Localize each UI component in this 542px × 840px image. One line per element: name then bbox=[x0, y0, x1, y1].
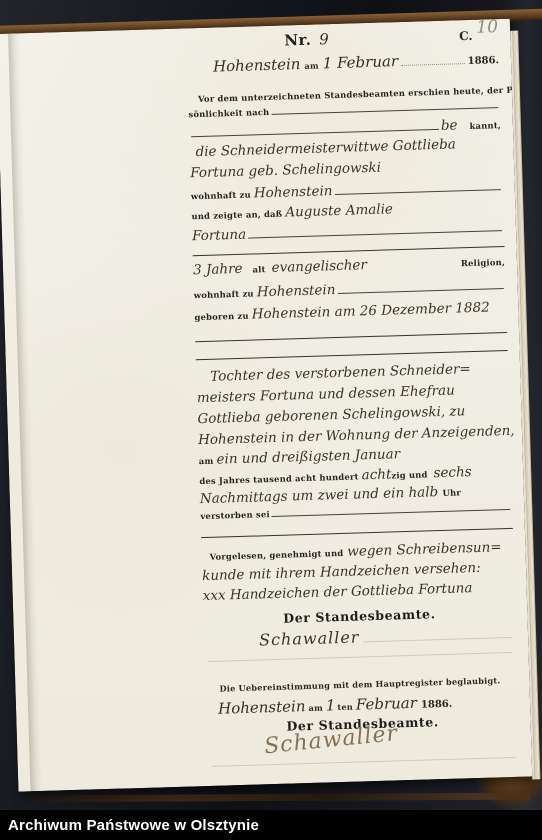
form-fill bbox=[204, 645, 259, 647]
page-gutter-crease bbox=[8, 33, 42, 791]
form-text: 1886. bbox=[468, 55, 500, 68]
archive-watermark-bar: Archiwum Państwowe w Olsztynie bbox=[0, 810, 542, 840]
form-text: alt bbox=[252, 264, 265, 275]
signature-schawaller: Schawaller bbox=[259, 627, 360, 649]
form-text: Fortuna geb. Schelingowski bbox=[190, 160, 381, 182]
form-fill bbox=[367, 266, 461, 269]
separator-rule-2 bbox=[195, 331, 507, 342]
form-text: am bbox=[308, 703, 323, 714]
form-text: Hohenstein am 26 Dezember 1882 bbox=[252, 299, 490, 322]
form-text: 1 bbox=[326, 696, 336, 714]
deceased-name-line: Fortuna bbox=[192, 219, 504, 244]
form-text: Religion, bbox=[461, 257, 505, 269]
form-fill bbox=[329, 40, 459, 44]
form-text: geboren zu bbox=[194, 311, 252, 323]
form-fill bbox=[191, 128, 439, 137]
form-text: Gottlieba geborenen Schelingowski, zu bbox=[197, 403, 465, 427]
form-text: zig und bbox=[391, 469, 427, 481]
form-fill bbox=[272, 508, 511, 517]
form-text: Uhr bbox=[442, 487, 461, 498]
place-date-line: Hohensteinam1 Februar1886. bbox=[187, 49, 499, 76]
form-text: 1886. bbox=[421, 699, 453, 712]
form-fill bbox=[209, 651, 513, 662]
form-text: am bbox=[304, 60, 319, 71]
form-text: ten bbox=[337, 702, 353, 713]
form-text: Fortuna bbox=[192, 227, 247, 245]
form-fill bbox=[248, 229, 502, 239]
form-fill bbox=[401, 62, 465, 66]
register-page: Nr.9C.10Hohensteinam1 Februar1886.Vor de… bbox=[0, 19, 532, 792]
form-text: meisters Fortuna und dessen Ehefrau bbox=[197, 383, 455, 407]
registrar-signature-1: Schawaller bbox=[204, 623, 516, 651]
form-text: Tochter des verstorbenen Schneider= bbox=[210, 361, 471, 385]
book-cover-bottom-edge bbox=[30, 793, 530, 803]
form-text: Nachmittags um zwei und ein halb bbox=[200, 484, 443, 507]
form-text: Die Uebereinstimmung mit dem Hauptregist… bbox=[219, 675, 500, 694]
separator-rule-3 bbox=[196, 349, 508, 360]
form-text: Hohenstein bbox=[213, 55, 301, 76]
faint-rule-1 bbox=[205, 651, 517, 662]
form-text: ein und dreißigsten Januar bbox=[216, 446, 400, 468]
form-text: am bbox=[199, 456, 217, 467]
form-text: Auguste Amalie bbox=[285, 201, 393, 220]
form-text: des Jahres tausend acht hundert bbox=[199, 471, 362, 486]
form-lines: Nr.9C.10Hohensteinam1 Februar1886.Vor de… bbox=[186, 19, 520, 786]
form-fill bbox=[201, 527, 513, 538]
form-text: Februar bbox=[356, 694, 418, 714]
separator-rule-4 bbox=[201, 527, 513, 538]
scanned-register-photo: Nr.9C.10Hohensteinam1 Februar1886.Vor de… bbox=[0, 0, 542, 840]
page-number: 10 bbox=[476, 18, 498, 37]
form-fill bbox=[187, 72, 213, 73]
birth-line: geboren zu Hohenstein am 26 Dezember 188… bbox=[194, 299, 506, 324]
form-text: evangelischer bbox=[271, 257, 367, 276]
form-text: Hohenstein bbox=[254, 183, 333, 202]
form-text: 1 Februar bbox=[322, 52, 398, 72]
form-fill bbox=[187, 45, 285, 48]
form-text: acht bbox=[361, 466, 391, 483]
form-text: be bbox=[441, 117, 458, 134]
deceased-residence-line: wohnhaft zu Hohenstein bbox=[194, 277, 506, 302]
form-text: verstorben sei bbox=[200, 509, 270, 522]
form-text: Hohenstein bbox=[257, 282, 336, 301]
page-letter: C. bbox=[459, 30, 473, 44]
form-fill bbox=[335, 188, 501, 195]
form-text: und zeigte an, daß bbox=[191, 208, 285, 221]
form-text: Vorgelesen, genehmigt und bbox=[209, 548, 343, 562]
form-text: Der Standesbeamte. bbox=[283, 606, 436, 626]
record-number-line: Nr.9C.10 bbox=[186, 25, 498, 53]
form-fill bbox=[364, 636, 513, 642]
appearer-line-2: Fortuna geb. Schelingowski bbox=[190, 156, 502, 181]
form-text: 3 Jahre bbox=[193, 261, 243, 279]
form-text: sönlichkeit nach bbox=[188, 107, 269, 120]
form-fill bbox=[207, 753, 265, 755]
form-text: wegen Schreibensun= bbox=[347, 539, 502, 560]
age-religion-line: 3 JahrealtevangelischerReligion, bbox=[193, 253, 505, 278]
archive-watermark-text: Archiwum Państwowe w Olsztynie bbox=[8, 817, 259, 834]
nr-label: Nr. bbox=[284, 32, 311, 49]
form-text: wohnhaft zu bbox=[194, 288, 257, 300]
form-fill bbox=[196, 349, 508, 360]
nr-value: 9 bbox=[319, 30, 329, 48]
form-text: wohnhaft zu bbox=[191, 189, 254, 201]
form-text: Hohenstein bbox=[218, 697, 306, 718]
form-fill bbox=[337, 287, 503, 294]
form-fill bbox=[271, 106, 498, 115]
form-text: sechs bbox=[433, 464, 472, 481]
form-text: xxx Handzeichen der Gottlieba Fortuna bbox=[203, 580, 473, 604]
form-fill bbox=[195, 331, 507, 342]
form-text: kannt, bbox=[469, 120, 501, 131]
